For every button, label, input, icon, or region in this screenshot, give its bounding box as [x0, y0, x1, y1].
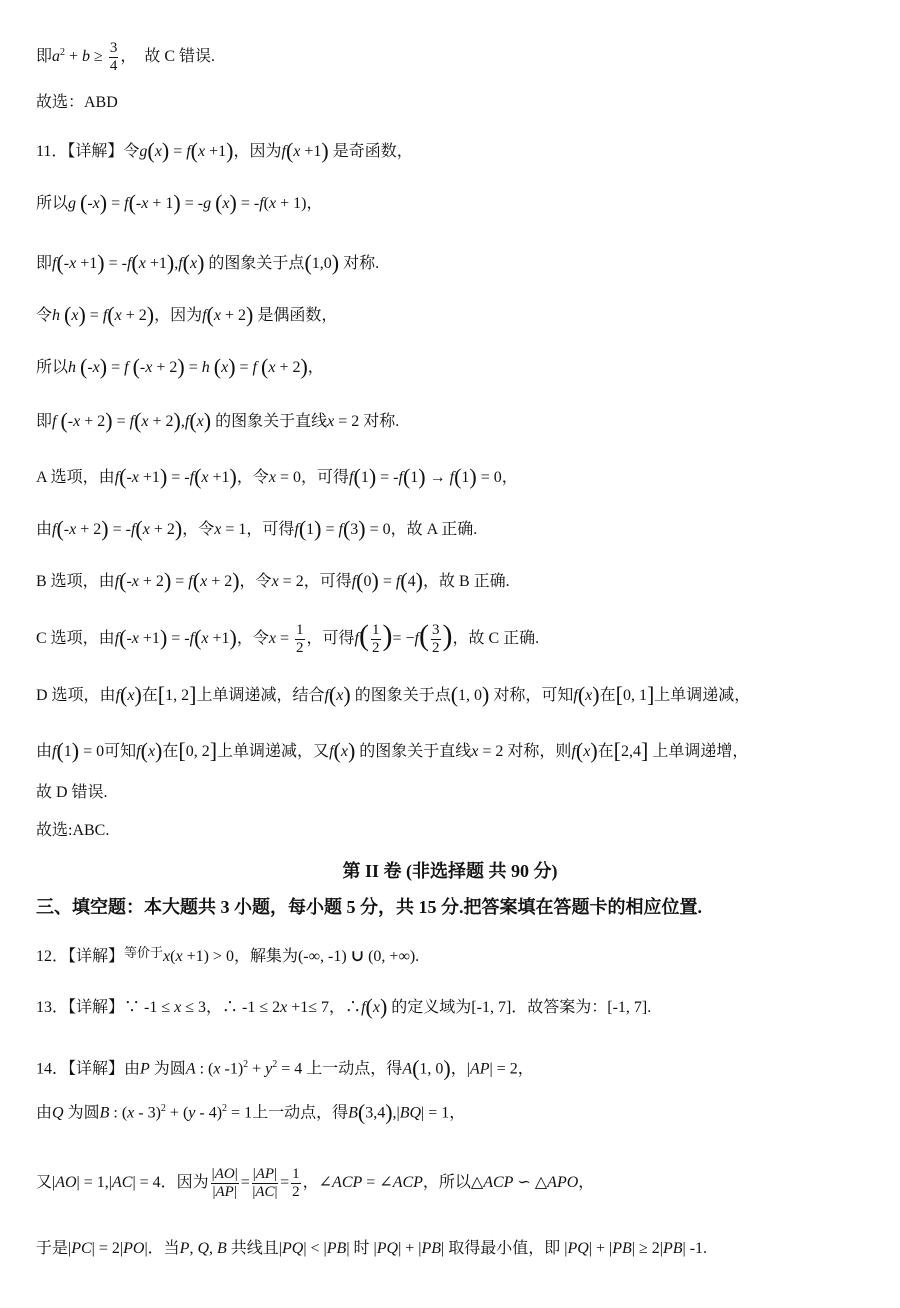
q14-line4: 于是|PC| = 2|PO|．当P, Q, B 共线且|PQ| < |PB| 时…	[36, 1238, 707, 1260]
q12-solution: 12．【详解】等价于x(x +1) > 0，解集为(-∞, -1) ∪ (0, …	[36, 942, 419, 968]
option-c: C 选项，由f(-x +1) = -f(x +1)，令x = 12，可得f(12…	[36, 622, 539, 657]
answer-abc: 故选:ABC.	[36, 820, 109, 842]
section-three-heading: 三、填空题：本大题共 3 小题，每小题 5 分，共 15 分.把答案填在答题卡的…	[36, 896, 702, 918]
q11-even-derivation: 所以h (-x) = f (-x + 2) = h (x) = f (x + 2…	[36, 356, 324, 379]
q11-intro: 11．【详解】令g(x) = f(x +1)，因为f(x +1) 是奇函数，	[36, 140, 413, 163]
q11-point-symmetry: 即f(-x +1) = -f(x +1),f(x) 的图象关于点(1,0) 对称…	[36, 252, 379, 275]
option-a-line1: A 选项，由f(-x +1) = -f(x +1)，令x = 0，可得f(1) …	[36, 466, 518, 489]
q14-line3: 又|AO| = 1,|AC| = 4．因为|AO||AP|=|AP||AC|=1…	[36, 1166, 594, 1201]
q14-line1: 14．【详解】由P 为圆A : (x -1)2 + y2 = 4 上一动点，得A…	[36, 1054, 534, 1080]
q14-line2: 由Q 为圆B : (x - 3)2 + (y - 4)2 = 1上一动点，得B(…	[36, 1098, 465, 1124]
option-d-conclusion: 故 D 错误.	[36, 782, 108, 804]
section-title: 第 II 卷 (非选择题 共 90 分)	[0, 860, 900, 882]
q11-line-symmetry: 即f (-x + 2) = f(x + 2),f(x) 的图象关于直线x = 2…	[36, 410, 399, 433]
q13-solution: 13．【详解】∵ -1 ≤ x ≤ 3，∴ -1 ≤ 2x +1≤ 7，∴f(x…	[36, 996, 651, 1019]
line-c-wrong: 即a2 + b ≥ 34， 故 C 错误.	[36, 40, 215, 75]
option-b: B 选项，由f(-x + 2) = f(x + 2)，令x = 2，可得f(0)…	[36, 570, 510, 593]
q11-even-intro: 令h (x) = f(x + 2)，因为f(x + 2) 是偶函数，	[36, 304, 337, 327]
option-d-line1: D 选项，由f(x)在[1, 2]上单调递减，结合f(x) 的图象关于点(1, …	[36, 684, 750, 707]
answer-abd: 故选：ABD	[36, 92, 118, 114]
option-a-line2: 由f(-x + 2) = -f(x + 2)，令x = 1，可得f(1) = f…	[36, 518, 477, 541]
q11-odd-derivation: 所以g (-x) = f(-x + 1) = -g (x) = -f(x + 1…	[36, 192, 322, 215]
option-d-line2: 由f(1) = 0可知f(x)在[0, 2]上单调递减，又f(x) 的图象关于直…	[36, 740, 748, 763]
fraction-3-4: 34	[109, 40, 119, 75]
